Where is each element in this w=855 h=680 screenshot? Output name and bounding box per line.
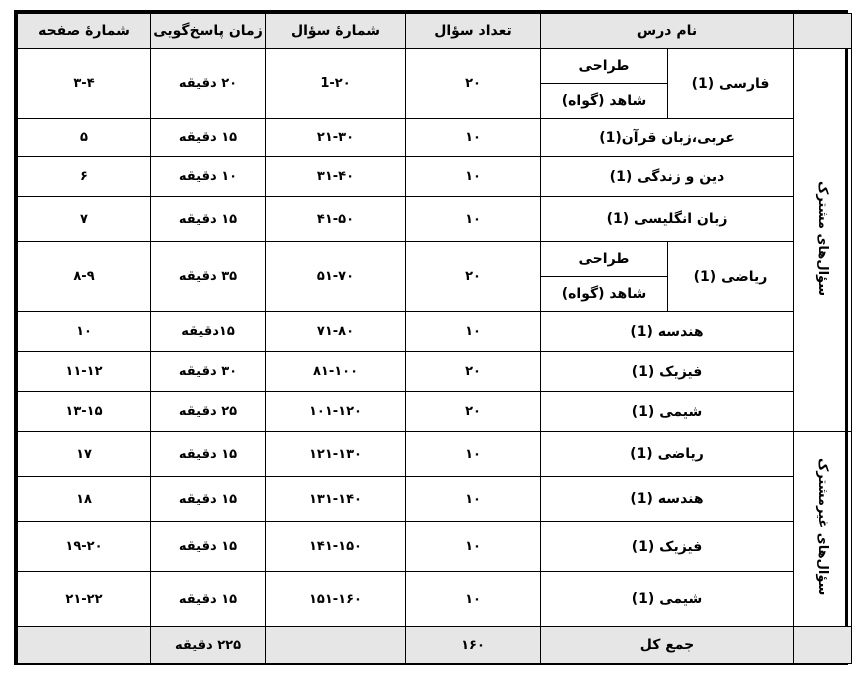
subject-cell: فیزیک (1) xyxy=(541,352,794,392)
sub-variant-design: طراحی xyxy=(541,49,668,84)
total-qnum-empty xyxy=(266,627,406,664)
table-row: سؤال‌های غیرمشترک ریاضی (1) ۱۰ ۱۲۱-۱۳۰ ۱… xyxy=(18,432,852,477)
qnum-cell: ۳۱-۴۰ xyxy=(266,157,406,197)
qnum-cell: ۴۱-۵۰ xyxy=(266,197,406,242)
total-group-empty xyxy=(794,627,852,664)
count-cell: ۱۰ xyxy=(406,157,541,197)
time-cell: ۱۵ دقیقه xyxy=(151,522,266,572)
table-row: زبان انگلیسی (1) ۱۰ ۴۱-۵۰ ۱۵ دقیقه ۷ xyxy=(18,197,852,242)
header-group xyxy=(794,14,852,49)
subject-cell: هندسه (1) xyxy=(541,312,794,352)
table-row: عربی،زبان قرآن(1) ۱۰ ۲۱-۳۰ ۱۵ دقیقه ۵ xyxy=(18,119,852,157)
qnum-cell: ۱۰۱-۱۲۰ xyxy=(266,392,406,432)
total-row: جمع کل ۱۶۰ ۲۲۵ دقیقه xyxy=(18,627,852,664)
table-row: هندسه (1) ۱۰ ۱۳۱-۱۴۰ ۱۵ دقیقه ۱۸ xyxy=(18,477,852,522)
count-cell: ۱۰ xyxy=(406,572,541,627)
header-subject: نام درس xyxy=(541,14,794,49)
pages-cell: ۳-۴ xyxy=(18,49,151,119)
subject-cell: شیمی (1) xyxy=(541,392,794,432)
exam-schedule-table-container: نام درس تعداد سؤال شمارهٔ سؤال زمان پاسخ… xyxy=(14,10,848,665)
exam-schedule-table: نام درس تعداد سؤال شمارهٔ سؤال زمان پاسخ… xyxy=(17,13,852,664)
time-cell: ۱۵ دقیقه xyxy=(151,197,266,242)
sub-variant-witness: شاهد (گواه) xyxy=(541,84,668,119)
pages-cell: ۶ xyxy=(18,157,151,197)
time-cell: ۱۵ دقیقه xyxy=(151,477,266,522)
pages-cell: ۱۰ xyxy=(18,312,151,352)
pages-cell: ۲۱-۲۲ xyxy=(18,572,151,627)
group-common: سؤال‌های مشترک xyxy=(794,49,852,432)
pages-cell: ۵ xyxy=(18,119,151,157)
subject-cell: زبان انگلیسی (1) xyxy=(541,197,794,242)
count-cell: ۲۰ xyxy=(406,352,541,392)
time-cell: ۳۰ دقیقه xyxy=(151,352,266,392)
subject-cell: ریاضی (1) xyxy=(668,242,794,312)
time-cell: ۱۵ دقیقه xyxy=(151,432,266,477)
header-row: نام درس تعداد سؤال شمارهٔ سؤال زمان پاسخ… xyxy=(18,14,852,49)
count-cell: ۱۰ xyxy=(406,119,541,157)
time-cell: ۱۵دقیقه xyxy=(151,312,266,352)
count-cell: ۲۰ xyxy=(406,49,541,119)
table-row: ریاضی (1) طراحی ۲۰ ۵۱-۷۰ ۳۵ دقیقه ۸-۹ xyxy=(18,242,852,277)
subject-cell: شیمی (1) xyxy=(541,572,794,627)
count-cell: ۲۰ xyxy=(406,242,541,312)
pages-cell: ۱۹-۲۰ xyxy=(18,522,151,572)
table-row: دین و زندگی (1) ۱۰ ۳۱-۴۰ ۱۰ دقیقه ۶ xyxy=(18,157,852,197)
qnum-cell: ۱۳۱-۱۴۰ xyxy=(266,477,406,522)
header-answer-time: زمان پاسخ‌گویی xyxy=(151,14,266,49)
time-cell: ۲۰ دقیقه xyxy=(151,49,266,119)
header-page-numbers: شمارهٔ صفحه xyxy=(18,14,151,49)
pages-cell: ۱۷ xyxy=(18,432,151,477)
pages-cell: ۸-۹ xyxy=(18,242,151,312)
time-cell: ۱۰ دقیقه xyxy=(151,157,266,197)
qnum-cell: ۵۱-۷۰ xyxy=(266,242,406,312)
time-cell: ۳۵ دقیقه xyxy=(151,242,266,312)
subject-cell: عربی،زبان قرآن(1) xyxy=(541,119,794,157)
count-cell: ۱۰ xyxy=(406,432,541,477)
group-common-label: سؤال‌های مشترک xyxy=(815,181,830,296)
count-cell: ۱۰ xyxy=(406,197,541,242)
pages-cell: ۷ xyxy=(18,197,151,242)
table-row: فیزیک (1) ۲۰ ۸۱-۱۰۰ ۳۰ دقیقه ۱۱-۱۲ xyxy=(18,352,852,392)
qnum-cell: ۱۲۱-۱۳۰ xyxy=(266,432,406,477)
qnum-cell: ۱۵۱-۱۶۰ xyxy=(266,572,406,627)
time-cell: ۲۵ دقیقه xyxy=(151,392,266,432)
group-non-common: سؤال‌های غیرمشترک xyxy=(794,432,852,627)
header-question-numbers: شمارهٔ سؤال xyxy=(266,14,406,49)
qnum-cell: ۱۴۱-۱۵۰ xyxy=(266,522,406,572)
time-cell: ۱۵ دقیقه xyxy=(151,119,266,157)
pages-cell: ۱۱-۱۲ xyxy=(18,352,151,392)
subject-cell: ریاضی (1) xyxy=(541,432,794,477)
total-pages-empty xyxy=(18,627,151,664)
total-time: ۲۲۵ دقیقه xyxy=(151,627,266,664)
subject-cell: دین و زندگی (1) xyxy=(541,157,794,197)
table-row: هندسه (1) ۱۰ ۷۱-۸۰ ۱۵دقیقه ۱۰ xyxy=(18,312,852,352)
table-row: سؤال‌های مشترک فارسی (1) طراحی ۲۰ 1-۲۰ ۲… xyxy=(18,49,852,84)
pages-cell: ۱۸ xyxy=(18,477,151,522)
count-cell: ۱۰ xyxy=(406,312,541,352)
group-non-common-label: سؤال‌های غیرمشترک xyxy=(815,458,830,595)
qnum-cell: ۲۱-۳۰ xyxy=(266,119,406,157)
pages-cell: ۱۳-۱۵ xyxy=(18,392,151,432)
qnum-cell: 1-۲۰ xyxy=(266,49,406,119)
table-row: شیمی (1) ۱۰ ۱۵۱-۱۶۰ ۱۵ دقیقه ۲۱-۲۲ xyxy=(18,572,852,627)
count-cell: ۲۰ xyxy=(406,392,541,432)
subject-cell: فیزیک (1) xyxy=(541,522,794,572)
count-cell: ۱۰ xyxy=(406,522,541,572)
header-count: تعداد سؤال xyxy=(406,14,541,49)
total-label: جمع کل xyxy=(541,627,794,664)
qnum-cell: ۷۱-۸۰ xyxy=(266,312,406,352)
count-cell: ۱۰ xyxy=(406,477,541,522)
table-row: شیمی (1) ۲۰ ۱۰۱-۱۲۰ ۲۵ دقیقه ۱۳-۱۵ xyxy=(18,392,852,432)
total-count: ۱۶۰ xyxy=(406,627,541,664)
subject-cell: فارسی (1) xyxy=(668,49,794,119)
sub-variant-design: طراحی xyxy=(541,242,668,277)
qnum-cell: ۸۱-۱۰۰ xyxy=(266,352,406,392)
subject-cell: هندسه (1) xyxy=(541,477,794,522)
sub-variant-witness: شاهد (گواه) xyxy=(541,277,668,312)
time-cell: ۱۵ دقیقه xyxy=(151,572,266,627)
table-row: فیزیک (1) ۱۰ ۱۴۱-۱۵۰ ۱۵ دقیقه ۱۹-۲۰ xyxy=(18,522,852,572)
